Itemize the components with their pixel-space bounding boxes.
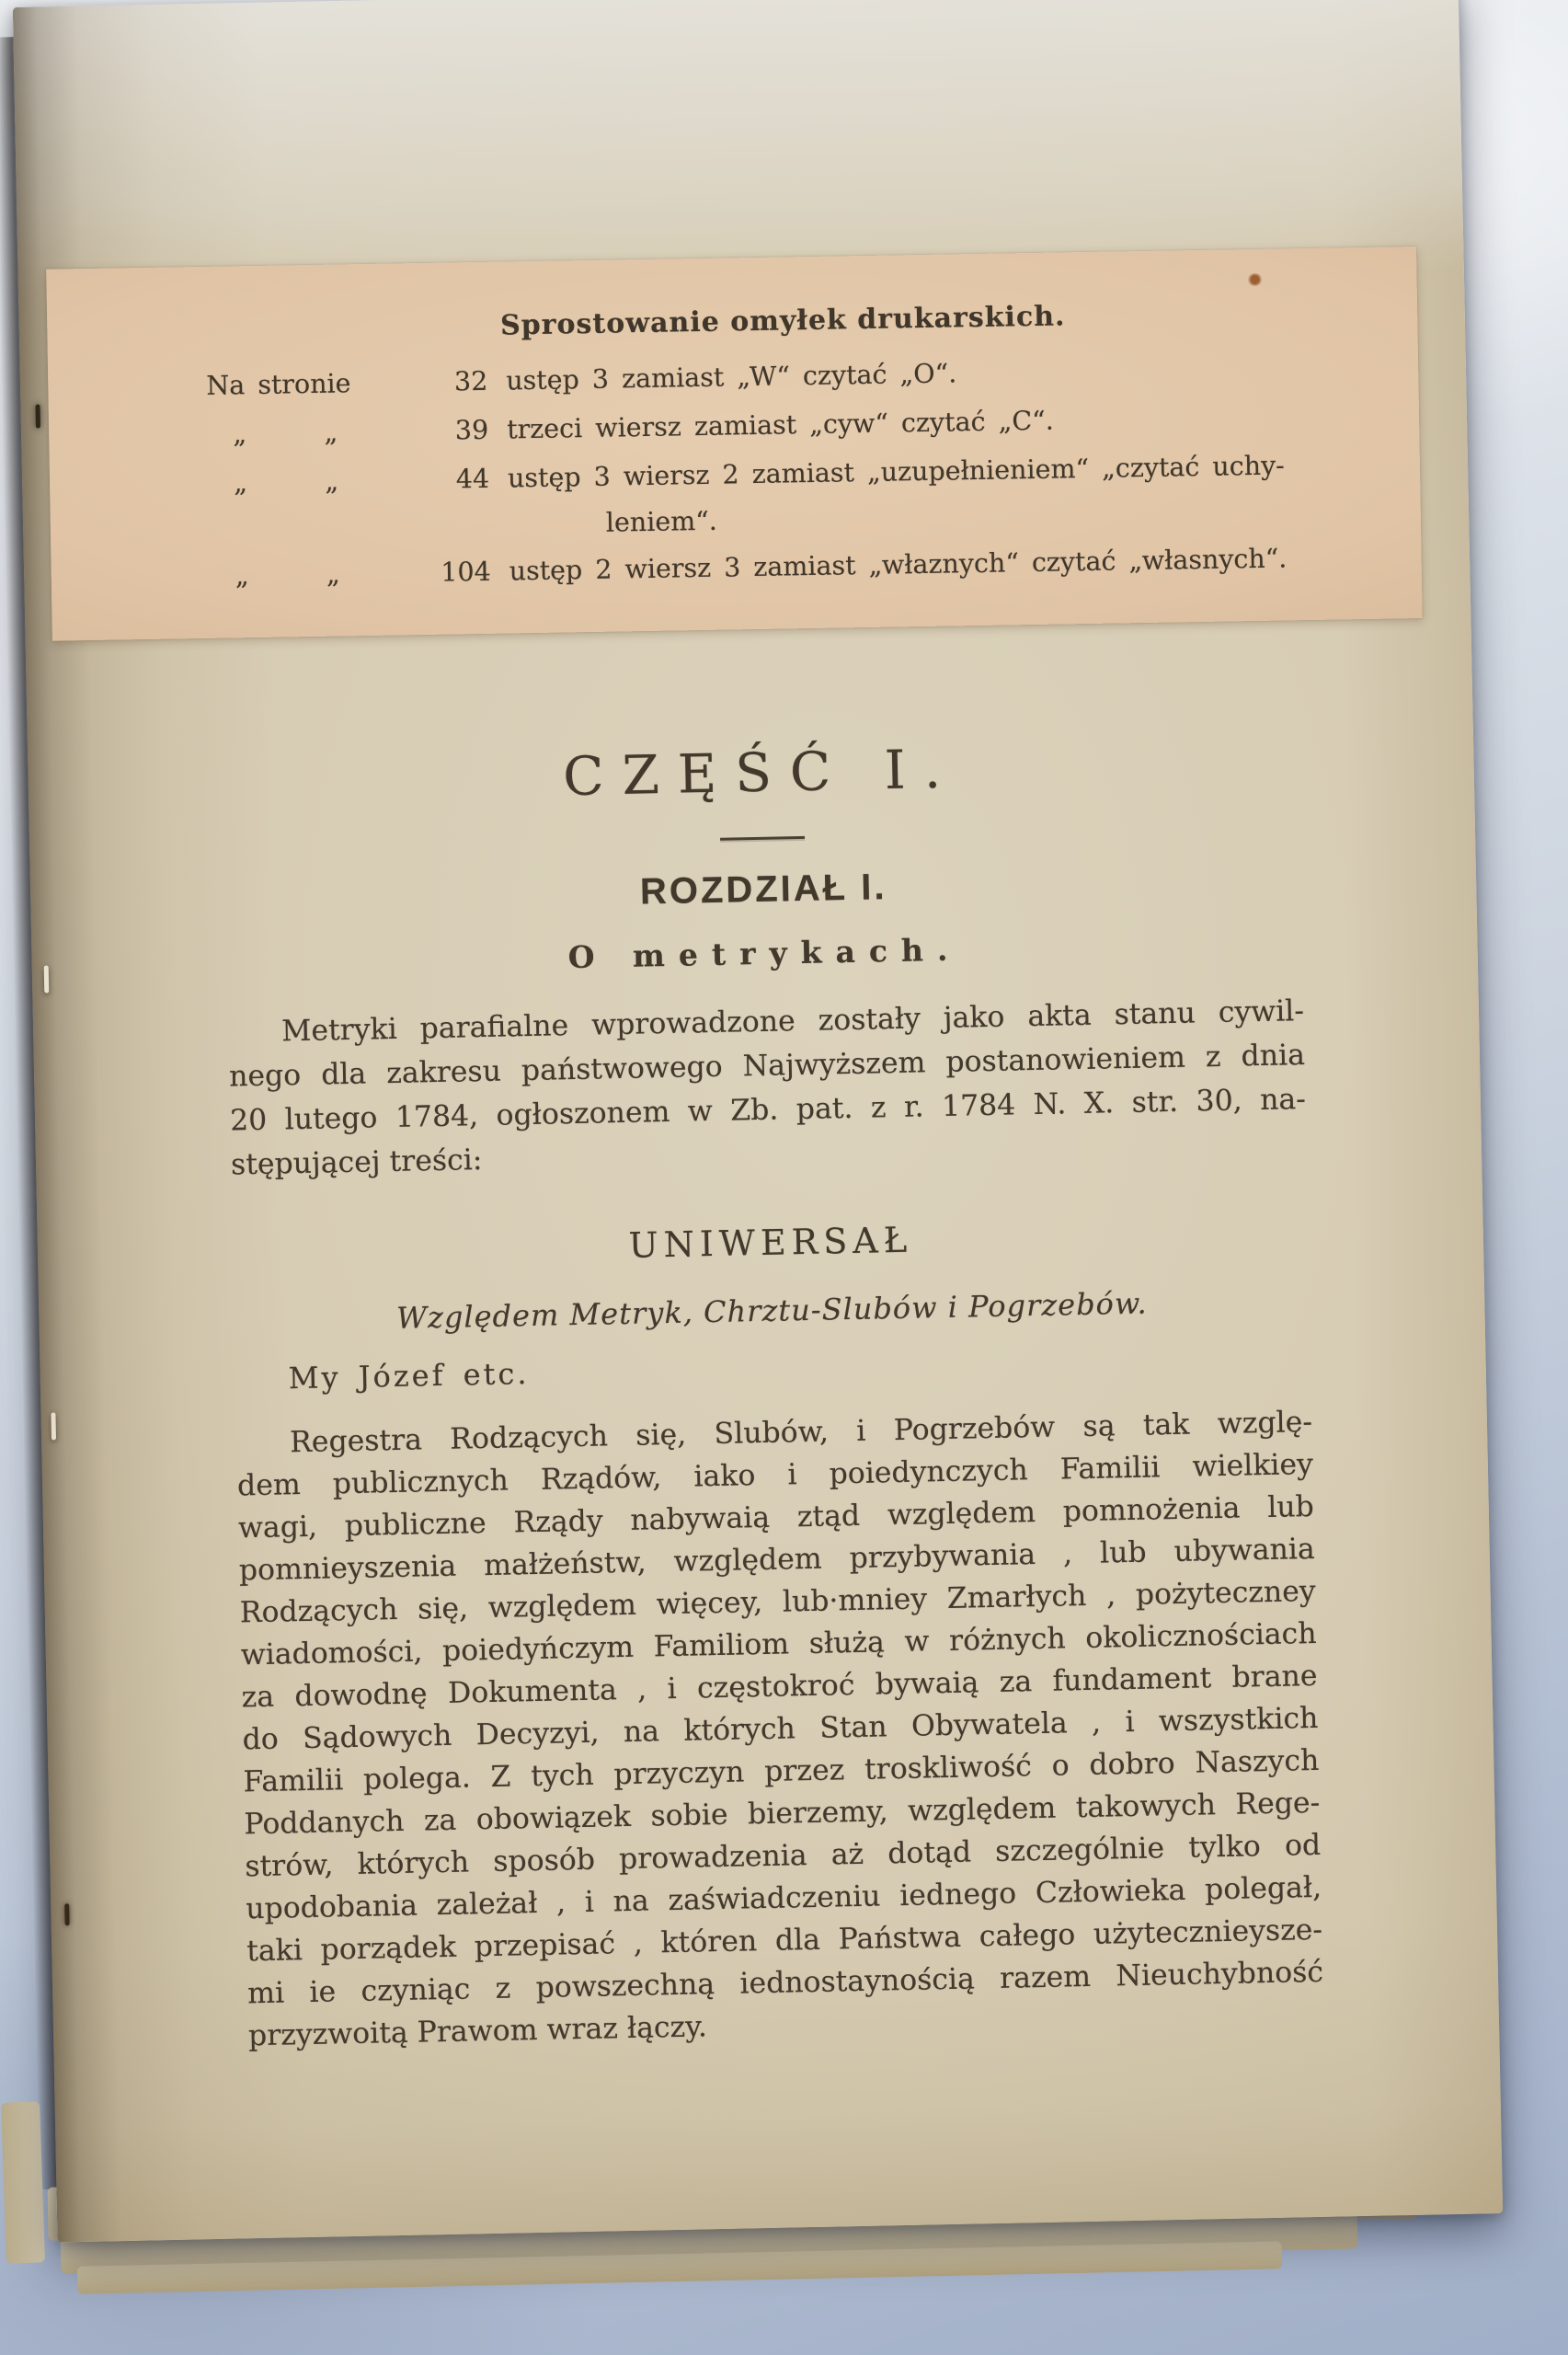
uniwersal-heading: UNIWERSAŁ: [233, 1210, 1310, 1275]
errata-page-number: 104: [406, 547, 495, 598]
binding-stitch: [35, 405, 40, 429]
errata-ditto: „ „: [208, 455, 406, 508]
part-heading: CZĘŚĆ I.: [223, 729, 1299, 816]
section-divider: [720, 836, 805, 841]
errata-row-label: Na stronie: [206, 358, 405, 410]
binding-stitch: [44, 965, 50, 993]
book-page: Sprostowanie omyłek drukarskich. Na stro…: [13, 0, 1503, 2243]
uniwersal-subtitle: Względem Metryk, Chrztu-Slubów i Pogrzeb…: [234, 1280, 1310, 1341]
binding-stitch: [51, 1412, 56, 1440]
errata-row: „ „ 104 ustęp 2 wiersz 3 zamiast „włazny…: [209, 532, 1422, 601]
errata-page-number: 39: [405, 406, 493, 456]
errata-page-number: 32: [404, 357, 492, 408]
binding-stitch: [64, 1903, 69, 1925]
section-heading: O metrykach.: [226, 923, 1303, 984]
errata-ditto: „ „: [207, 407, 406, 459]
errata-page-number: 44: [406, 454, 494, 505]
errata-rows: Na stronie 32 ustęp 3 zamiast „W“ czytać…: [48, 341, 1422, 603]
page-stack-edge-left: [1, 2101, 45, 2263]
chapter-heading: ROZDZIAŁ I.: [225, 856, 1302, 922]
photo-scene: Sprostowanie omyłek drukarskich. Na stro…: [0, 0, 1568, 2355]
salutation-line: My Józef etc.: [235, 1338, 1311, 1398]
errata-title: Sprostowanie omyłek drukarskich.: [97, 246, 1468, 349]
errata-ditto: „ „: [209, 548, 407, 601]
errata-slip: Sprostowanie omyłek drukarskich. Na stro…: [46, 247, 1422, 641]
body-paragraph: Regestra Rodzących się, Slubów, i Pogrze…: [236, 1401, 1325, 2057]
intro-paragraph: Metryki parafialne wprowadzone zostały j…: [228, 989, 1308, 1187]
page-content: CZĘŚĆ I. ROZDZIAŁ I. O metrykach. Metryk…: [223, 729, 1324, 2057]
